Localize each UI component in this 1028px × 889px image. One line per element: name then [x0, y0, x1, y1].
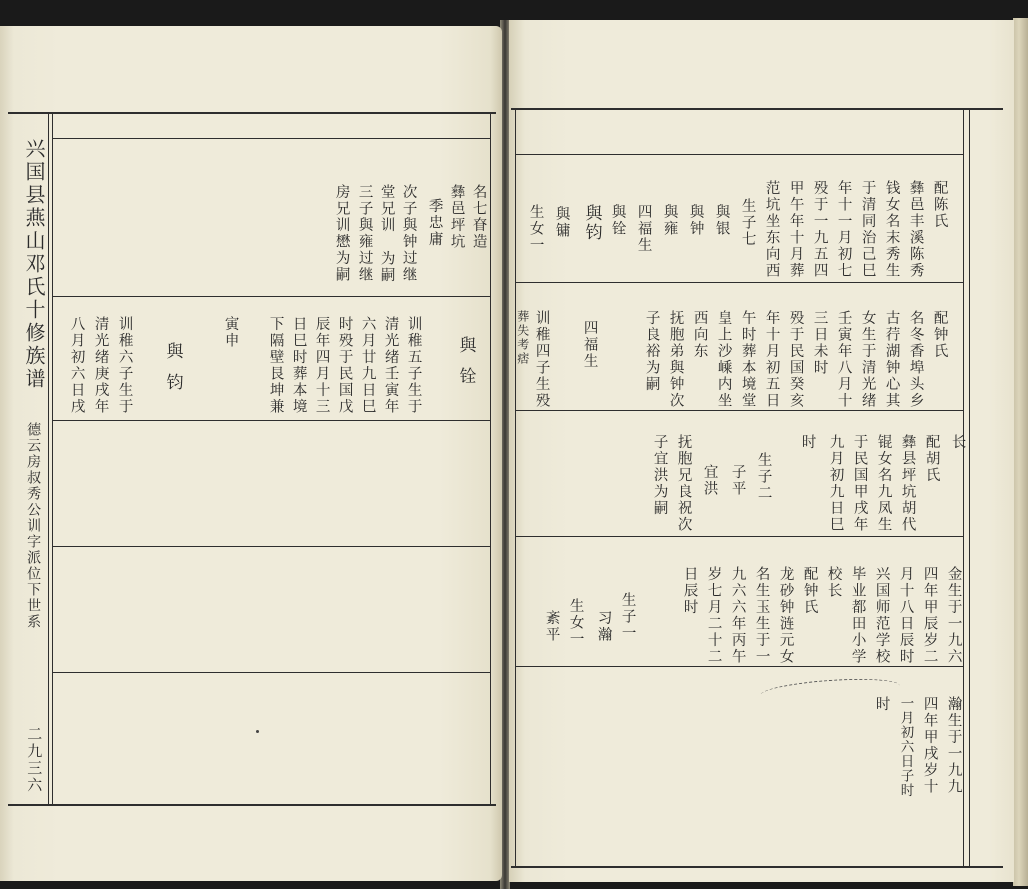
- child-name: 與雍: [661, 204, 678, 237]
- daughter-count: 生女一: [527, 204, 544, 254]
- entry-text: 抚胞弟與钟次: [667, 310, 684, 409]
- entry-text: 时殁于民国戊: [336, 316, 353, 415]
- entry-text: 毕业都田小学: [849, 566, 866, 665]
- entry-text: 皇上沙嵊内坐: [715, 310, 732, 409]
- entry-text: 名生玉生于一: [753, 566, 770, 665]
- daughter-count: 生女一: [567, 598, 584, 648]
- person-name: 與铨: [455, 336, 475, 398]
- entry-text: 于民国甲戌年: [851, 434, 868, 533]
- row-divider: [52, 672, 490, 673]
- entry-text: 甲午年十月葬: [787, 180, 804, 279]
- entry-text: 年十月初五日: [763, 310, 780, 409]
- entry-text: 钱女名末秀生: [883, 180, 900, 279]
- entry-text: 三日未时: [811, 310, 828, 376]
- entry-text: 清光绪壬寅年: [382, 316, 399, 415]
- entry-text: 寅申: [222, 316, 239, 349]
- entry-text: 三子與雍过继: [356, 184, 373, 283]
- entry-text: 日巳时葬本境: [290, 316, 307, 415]
- right-border: [969, 110, 970, 866]
- entry-text: 彝邑坪坑: [448, 184, 465, 250]
- child-name: 习瀚: [595, 610, 612, 643]
- left-border: [515, 110, 516, 866]
- entry-text: 女生于清光绪: [859, 310, 876, 409]
- row-divider: [515, 410, 963, 411]
- entry-text: 名冬香埠头乡: [907, 310, 924, 409]
- row-divider: [515, 154, 963, 155]
- page-stack-edge: [1013, 18, 1028, 886]
- right-border: [490, 112, 491, 804]
- entry-text: 子良裕为嗣: [643, 310, 660, 393]
- entry-text: 彝邑丰溪陈秀: [907, 180, 924, 279]
- entry-text: 子宜洪为嗣: [651, 434, 668, 517]
- children-count: 生子二: [755, 452, 772, 502]
- row-divider: [515, 536, 963, 537]
- entry-text: 时: [873, 696, 890, 713]
- daughter-name: 紊平: [543, 610, 560, 643]
- entry-text: 辰年四月十三: [313, 316, 330, 415]
- entry-text: 六月廿九日巳: [359, 316, 376, 415]
- top-border: [8, 112, 496, 114]
- entry-text: 训稚五子生于: [405, 316, 422, 415]
- child-name: 宜洪: [701, 464, 718, 497]
- entry-text: 午时葬本境堂: [739, 310, 756, 409]
- left-page: 兴国县燕山邓氏十修族谱 德云房叔秀公训字派位下世系 二九三六 名七眘造 彝邑坪坑…: [0, 26, 502, 881]
- entry-text: 四福生: [581, 320, 598, 370]
- title-column-divider: [48, 112, 49, 804]
- entry-text: 四年甲辰岁二: [921, 566, 938, 665]
- row-divider: [52, 138, 490, 139]
- entry-text: 训稚六子生于: [116, 316, 133, 415]
- entry-text: 配钟氏: [931, 310, 948, 360]
- top-border: [511, 108, 1003, 110]
- row-divider: [515, 666, 963, 667]
- entry-text: 房兄训懋为嗣: [333, 184, 350, 283]
- entry-text: 兴国师范学校: [873, 566, 890, 665]
- children-count: 生子一: [619, 592, 636, 642]
- row-divider: [515, 282, 963, 283]
- page-number: 二九三六: [25, 726, 42, 794]
- bottom-border: [511, 866, 1003, 868]
- row-divider: [52, 296, 490, 297]
- entry-text: 时: [799, 434, 816, 451]
- entry-text: 古荇湖钟心其: [883, 310, 900, 409]
- entry-text: 壬寅年八月十: [835, 310, 852, 409]
- entry-text: 锟女名九凤生: [875, 434, 892, 533]
- entry-text: 于清同治己巳: [859, 180, 876, 279]
- child-name: 與铨: [609, 204, 626, 237]
- entry-text: 配陈氏: [931, 180, 948, 230]
- children-count: 生子七: [739, 198, 756, 248]
- entry-text: 季忠庸: [426, 198, 443, 248]
- person-name: 與钧: [162, 342, 182, 404]
- entry-text: 金生于一九六: [945, 566, 962, 665]
- entry-text: 殁于一九五四: [811, 180, 828, 279]
- generation-mark: 长: [949, 434, 966, 451]
- entry-text: 配钟氏: [801, 566, 818, 616]
- entry-text: 瀚生于一九九: [945, 696, 962, 795]
- entry-text: 九六六年丙午: [729, 566, 746, 665]
- entry-text: 一月初六日子时: [897, 696, 913, 798]
- entry-text: 彝县坪坑胡代: [899, 434, 916, 533]
- entry-text: 校长: [825, 566, 842, 599]
- entry-text: 岁七月二十二: [705, 566, 722, 665]
- title-column-divider-inner: [52, 112, 53, 804]
- entry-text: 龙砂钟涟元女: [777, 566, 794, 665]
- entry-text: 训稚四子生殁: [533, 310, 550, 409]
- entry-text: 殁于民国癸亥: [787, 310, 804, 409]
- child-name: 與银: [713, 204, 730, 237]
- entry-text: 抚胞兄良祝次: [675, 434, 692, 533]
- entry-text: 年十一月初七: [835, 180, 852, 279]
- entry-text: 下隔壁艮坤兼: [267, 316, 284, 415]
- entry-text: 月十八日辰时: [897, 566, 914, 665]
- entry-text: 清光绪庚戌年: [92, 316, 109, 415]
- ink-speck: [256, 730, 259, 733]
- child-name: 子平: [729, 464, 746, 497]
- entry-text: 名七眘造: [470, 184, 487, 250]
- entry-text: 八月初六日戌: [68, 316, 85, 415]
- child-name: 與钟: [687, 204, 704, 237]
- right-column-divider: [963, 110, 964, 866]
- right-page: 配陈氏 彝邑丰溪陈秀 钱女名末秀生 于清同治己巳 年十一月初七 殁于一九五四 甲…: [509, 20, 1014, 882]
- row-divider: [52, 546, 490, 547]
- entry-text: 日辰时: [681, 566, 698, 616]
- entry-text: 堂兄训𫓮为嗣: [378, 184, 395, 284]
- bottom-border: [8, 804, 496, 806]
- entry-text: 九月初九日巳: [827, 434, 844, 533]
- entry-note: 葬失考痞: [515, 310, 529, 366]
- entry-text: 配胡氏: [923, 434, 940, 484]
- entry-text: 四年甲戌岁十: [921, 696, 938, 795]
- entry-text: 次子與钟过继: [400, 184, 417, 283]
- entry-text: 西向东: [691, 310, 708, 360]
- child-name: 與镛: [553, 206, 570, 239]
- book-title: 兴国县燕山邓氏十修族谱: [22, 138, 45, 391]
- row-divider: [52, 420, 490, 421]
- child-name: 與钧: [581, 204, 601, 242]
- child-name: 四福生: [635, 204, 652, 254]
- section-title: 德云房叔秀公训字派位下世系: [25, 422, 41, 630]
- entry-text: 范坑坐东向西: [763, 180, 780, 279]
